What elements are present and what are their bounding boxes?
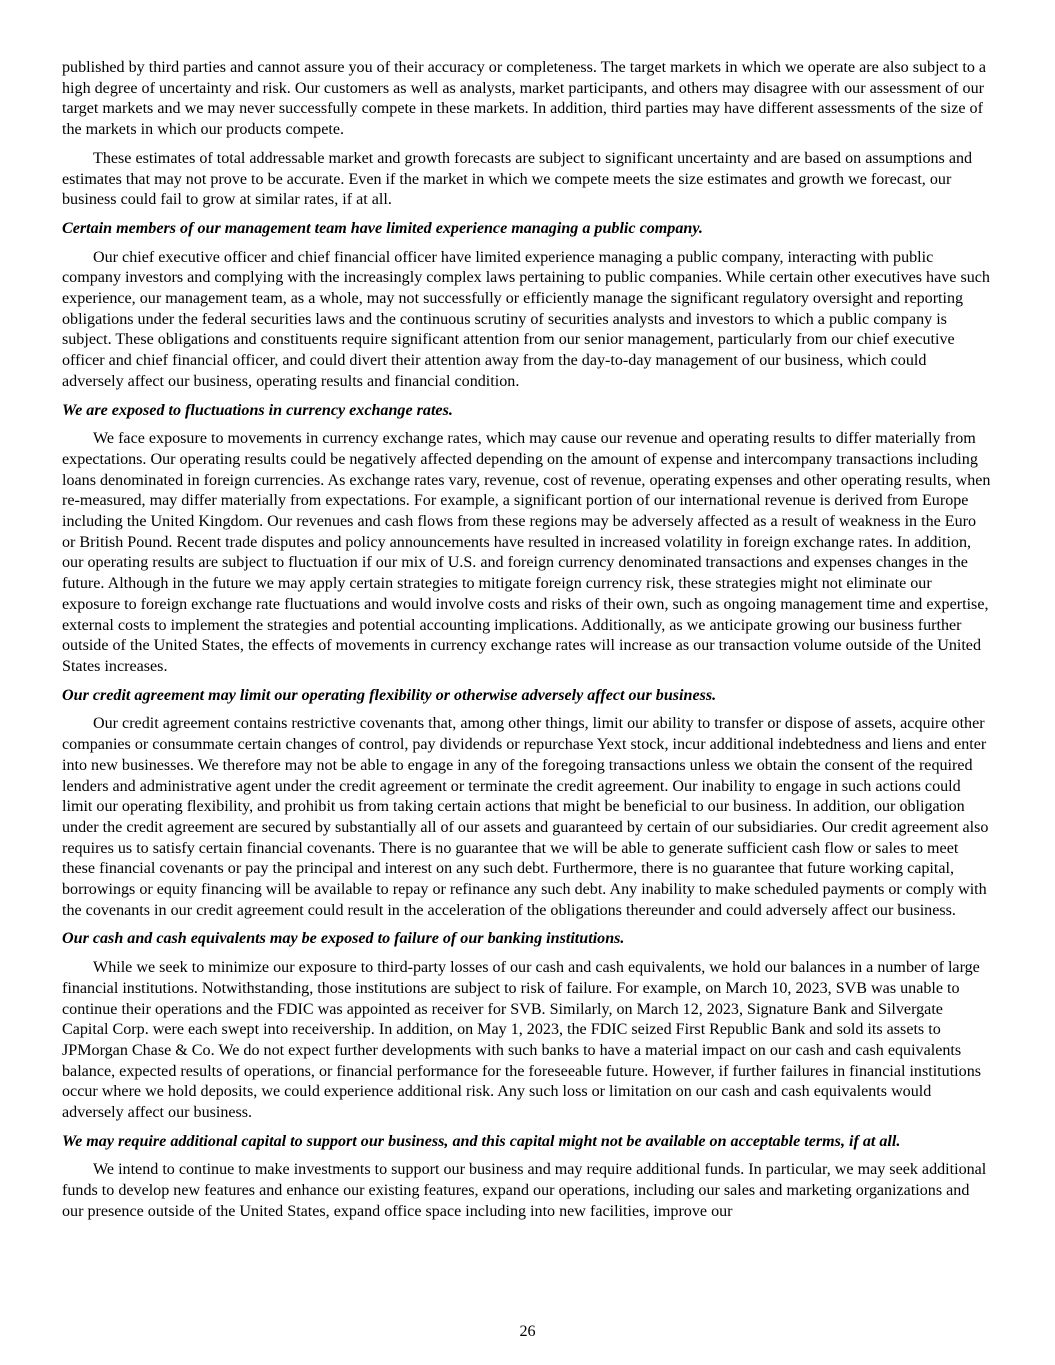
- document-page: published by third parties and cannot as…: [62, 58, 992, 1231]
- heading-currency-exchange: We are exposed to fluctuations in curren…: [62, 401, 992, 422]
- paragraph-additional-capital: We intend to continue to make investment…: [62, 1160, 992, 1222]
- paragraph-currency-exchange: We face exposure to movements in currenc…: [62, 429, 992, 677]
- heading-credit-agreement: Our credit agreement may limit our opera…: [62, 686, 992, 707]
- heading-banking-institutions: Our cash and cash equivalents may be exp…: [62, 929, 992, 950]
- paragraph-banking-institutions: While we seek to minimize our exposure t…: [62, 958, 992, 1124]
- heading-additional-capital: We may require additional capital to sup…: [62, 1132, 992, 1153]
- paragraph-market-assessment-continued: published by third parties and cannot as…: [62, 58, 992, 141]
- heading-management-experience: Certain members of our management team h…: [62, 219, 992, 240]
- paragraph-credit-agreement: Our credit agreement contains restrictiv…: [62, 714, 992, 921]
- page-number: 26: [0, 1322, 1055, 1342]
- paragraph-tam-estimates: These estimates of total addressable mar…: [62, 149, 992, 211]
- paragraph-management-experience: Our chief executive officer and chief fi…: [62, 248, 992, 393]
